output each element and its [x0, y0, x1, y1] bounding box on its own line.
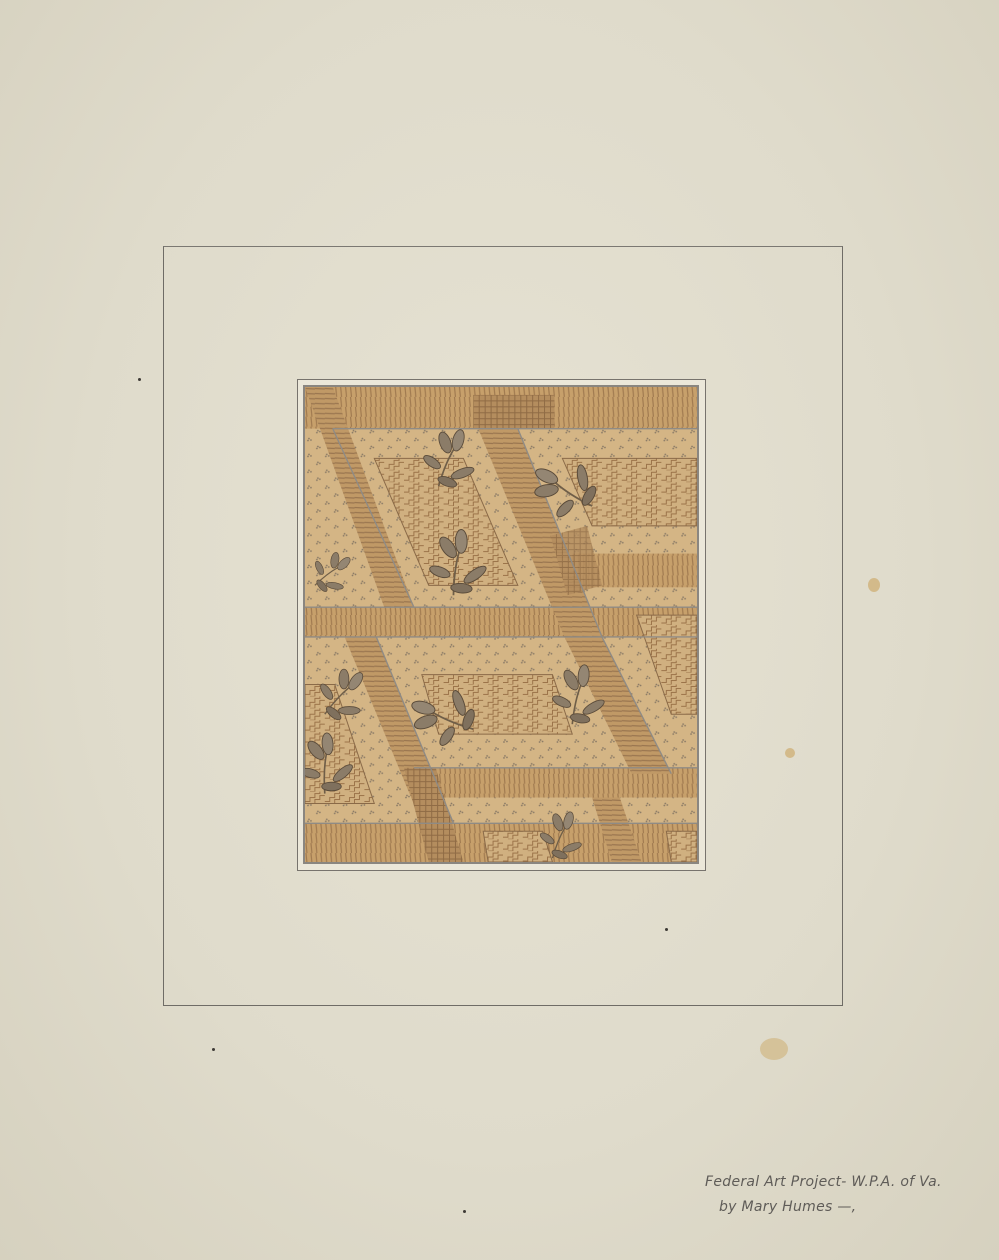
foxing-stain: [785, 748, 795, 758]
quilt-pattern-svg: [305, 387, 697, 862]
paper-speck: [212, 1048, 215, 1051]
paper-speck: [138, 378, 141, 381]
paper-speck: [463, 1210, 466, 1213]
caption-line-project: Federal Art Project- W.P.A. of Va.: [705, 1170, 942, 1195]
artist-caption: Federal Art Project- W.P.A. of Va. by Ma…: [705, 1170, 942, 1220]
foxing-stain: [868, 578, 880, 592]
caption-line-artist: by Mary Humes —,: [705, 1195, 942, 1220]
foxing-stain: [760, 1038, 788, 1060]
paper-speck: [665, 928, 668, 931]
drawing-plate: [297, 379, 706, 871]
quilt-pattern-artwork: [303, 385, 699, 864]
